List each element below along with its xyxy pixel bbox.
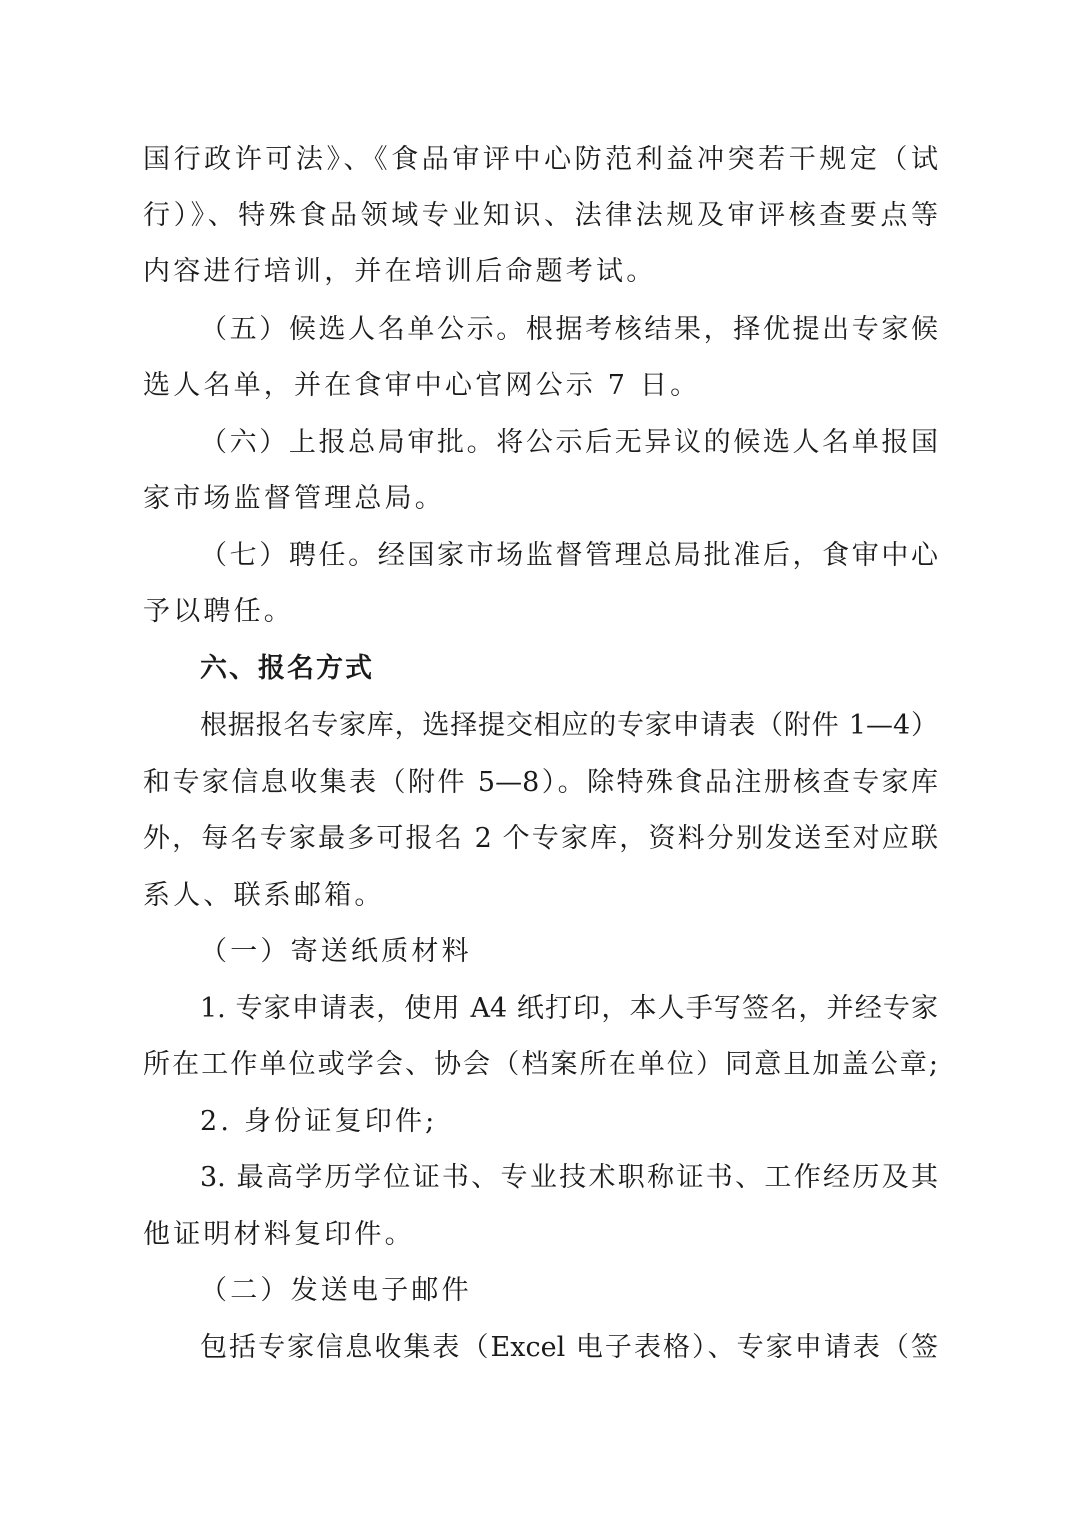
text-line: 包括专家信息收集表（Excel 电子表格）、专家申请表（签 [200, 1330, 938, 1366]
text-line: 予以聘任。 [143, 594, 943, 630]
text-line: （五）候选人名单公示。根据考核结果，择优提出专家候 [200, 312, 938, 348]
text-line: 2. 身份证复印件; [200, 1104, 1000, 1140]
text-line: 外，每名专家最多可报名 2 个专家库，资料分别发送至对应联 [143, 821, 938, 857]
text-line: 行）》、特殊食品领域专业知识、法律法规及审评核查要点等 [143, 198, 938, 234]
text-line: 他证明材料复印件。 [143, 1217, 943, 1253]
text-line: （二）发送电子邮件 [200, 1273, 1000, 1309]
text-line: 系人、联系邮箱。 [143, 878, 943, 914]
text-line: （一）寄送纸质材料 [200, 934, 1000, 970]
text-line: （七）聘任。经国家市场监督管理总局批准后，食审中心 [200, 538, 938, 574]
text-line: 国行政许可法》、《食品审评中心防范利益冲突若干规定（试 [143, 142, 938, 178]
text-line: 1. 专家申请表，使用 A4 纸打印，本人手写签名，并经专家 [200, 991, 938, 1027]
section-heading: 六、报名方式 [200, 651, 1000, 687]
text-line: （六）上报总局审批。将公示后无异议的候选人名单报国 [200, 425, 938, 461]
text-line: 根据报名专家库，选择提交相应的专家申请表（附件 1—4） [200, 708, 938, 744]
text-line: 所在工作单位或学会、协会（档案所在单位）同意且加盖公章; [143, 1047, 938, 1083]
text-line: 3. 最高学历学位证书、专业技术职称证书、工作经历及其 [200, 1160, 938, 1196]
document-page: 国行政许可法》、《食品审评中心防范利益冲突若干规定（试行）》、特殊食品领域专业知… [0, 0, 1080, 1527]
text-line: 家市场监督管理总局。 [143, 481, 943, 517]
text-line: 和专家信息收集表（附件 5—8）。除特殊食品注册核查专家库 [143, 765, 938, 801]
text-line: 选人名单，并在食审中心官网公示 7 日。 [143, 368, 943, 404]
text-line: 内容进行培训，并在培训后命题考试。 [143, 254, 943, 290]
